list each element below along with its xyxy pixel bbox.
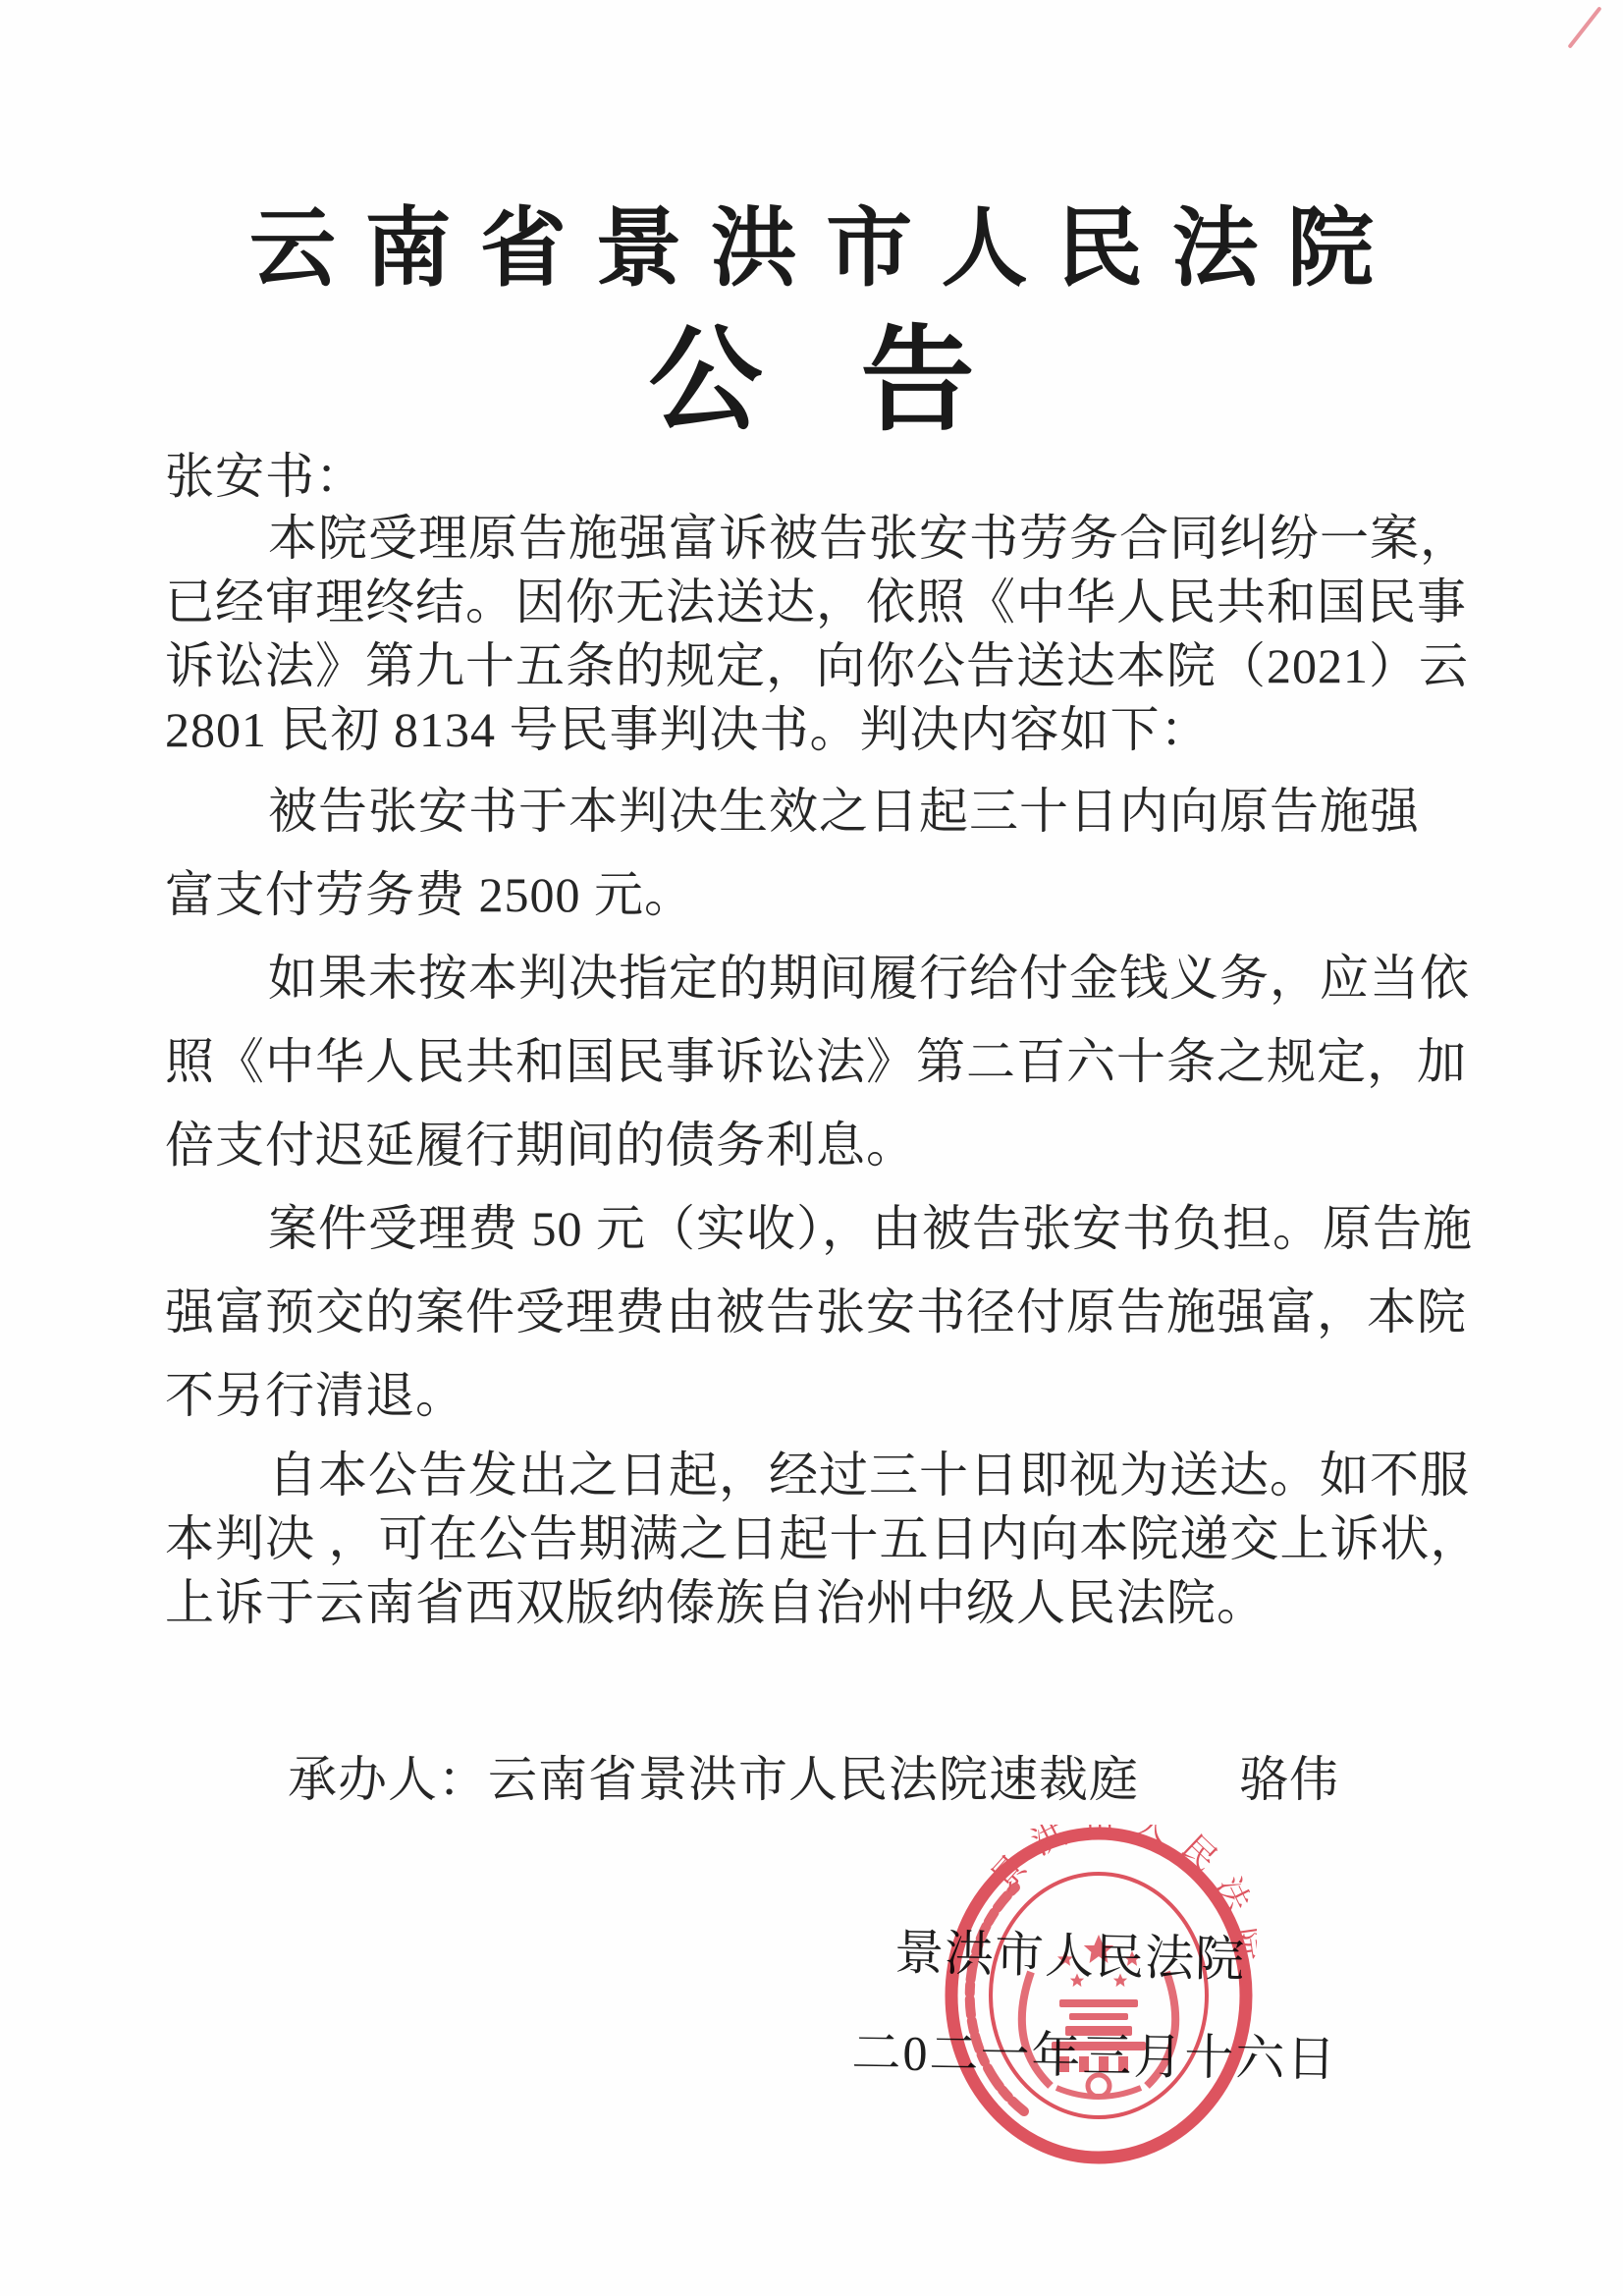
body-line: 如果未按本判决指定的期间履行给付金钱义务，应当依 (165, 937, 1466, 1020)
paragraph-fees: 案件受理费 50 元（实收），由被告张安书负担。原告施 强富预交的案件受理费由被… (165, 1187, 1466, 1438)
recipient-line: 张安书： (165, 446, 1466, 507)
title-char: 告 (861, 322, 975, 442)
body-line: 不另行清退。 (165, 1354, 1466, 1438)
body-line: 诉讼法》第九十五条的规定，向你公告送达本院（2021）云 (165, 634, 1466, 698)
seal-date-text: 二0二一年三月十六日 (851, 2013, 1338, 2091)
announcement-page: 云南省景洪市人民法院 公告 张安书： 本院受理原告施强富诉被告张安书劳务合同纠纷… (0, 0, 1623, 2296)
body-line: 案件受理费 50 元（实收），由被告张安书负担。原告施 (165, 1187, 1466, 1271)
body-line: 照《中华人民共和国民事诉讼法》第二百六十条之规定，加 (165, 1020, 1466, 1104)
official-seal: 景洪市人民法院 (941, 1825, 1257, 2166)
undertaker-line: 承办人：云南省景洪市人民法院速裁庭 骆伟 (165, 1749, 1466, 1810)
paragraph-case-intro: 本院受理原告施强富诉被告张安书劳务合同纠纷一案， 已经审理终结。因你无法送达，依… (165, 507, 1466, 762)
title-char: 市 (826, 201, 912, 295)
title-char: 院 (1287, 201, 1374, 295)
corner-scan-mark (1567, 6, 1601, 48)
title-char: 景 (595, 201, 681, 295)
body-line: 2801 民初 8134 号民事判决书。判决内容如下： (165, 698, 1466, 762)
title-char: 民 (1056, 201, 1143, 295)
doc-title: 公告 (649, 322, 975, 442)
title-char: 人 (942, 201, 1028, 295)
court-title: 云南省景洪市人民法院 (249, 201, 1374, 295)
title-char: 公 (649, 322, 763, 442)
document-body: 张安书： 本院受理原告施强富诉被告张安书劳务合同纠纷一案， 已经审理终结。因你无… (0, 446, 1623, 1810)
title-char: 南 (364, 201, 451, 295)
body-line: 自本公告发出之日起，经过三十日即视为送达。如不服 (165, 1444, 1466, 1507)
seal-graphic: 景洪市人民法院 (941, 1825, 1257, 2166)
title-char: 省 (480, 201, 567, 295)
title-char: 洪 (711, 201, 797, 295)
title-char: 法 (1172, 201, 1259, 295)
paragraph-appeal: 自本公告发出之日起，经过三十日即视为送达。如不服 本判决 ，可在公告期满之日起十… (165, 1444, 1466, 1635)
body-line: 富支付劳务费 2500 元。 (165, 853, 1466, 937)
paragraph-interest: 如果未按本判决指定的期间履行给付金钱义务，应当依 照《中华人民共和国民事诉讼法》… (165, 937, 1466, 1187)
body-line: 被告张安书于本判决生效之日起三十日内向原告施强 (165, 770, 1466, 853)
body-line: 上诉于云南省西双版纳傣族自治州中级人民法院。 (165, 1571, 1466, 1635)
title-char: 云 (249, 201, 336, 295)
paragraph-judgment: 被告张安书于本判决生效之日起三十日内向原告施强 富支付劳务费 2500 元。 (165, 770, 1466, 937)
body-line: 倍支付迟延履行期间的债务利息。 (165, 1104, 1466, 1187)
body-line: 本判决 ，可在公告期满之日起十五日内向本院递交上诉状， (165, 1507, 1466, 1571)
body-line: 已经审理终结。因你无法送达，依照《中华人民共和国民事 (165, 571, 1466, 634)
body-line: 强富预交的案件受理费由被告张安书径付原告施强富，本院 (165, 1271, 1466, 1354)
seal-court-name-text: 景洪市人民法院 (893, 1913, 1245, 1991)
body-line: 本院受理原告施强富诉被告张安书劳务合同纠纷一案， (165, 507, 1466, 571)
